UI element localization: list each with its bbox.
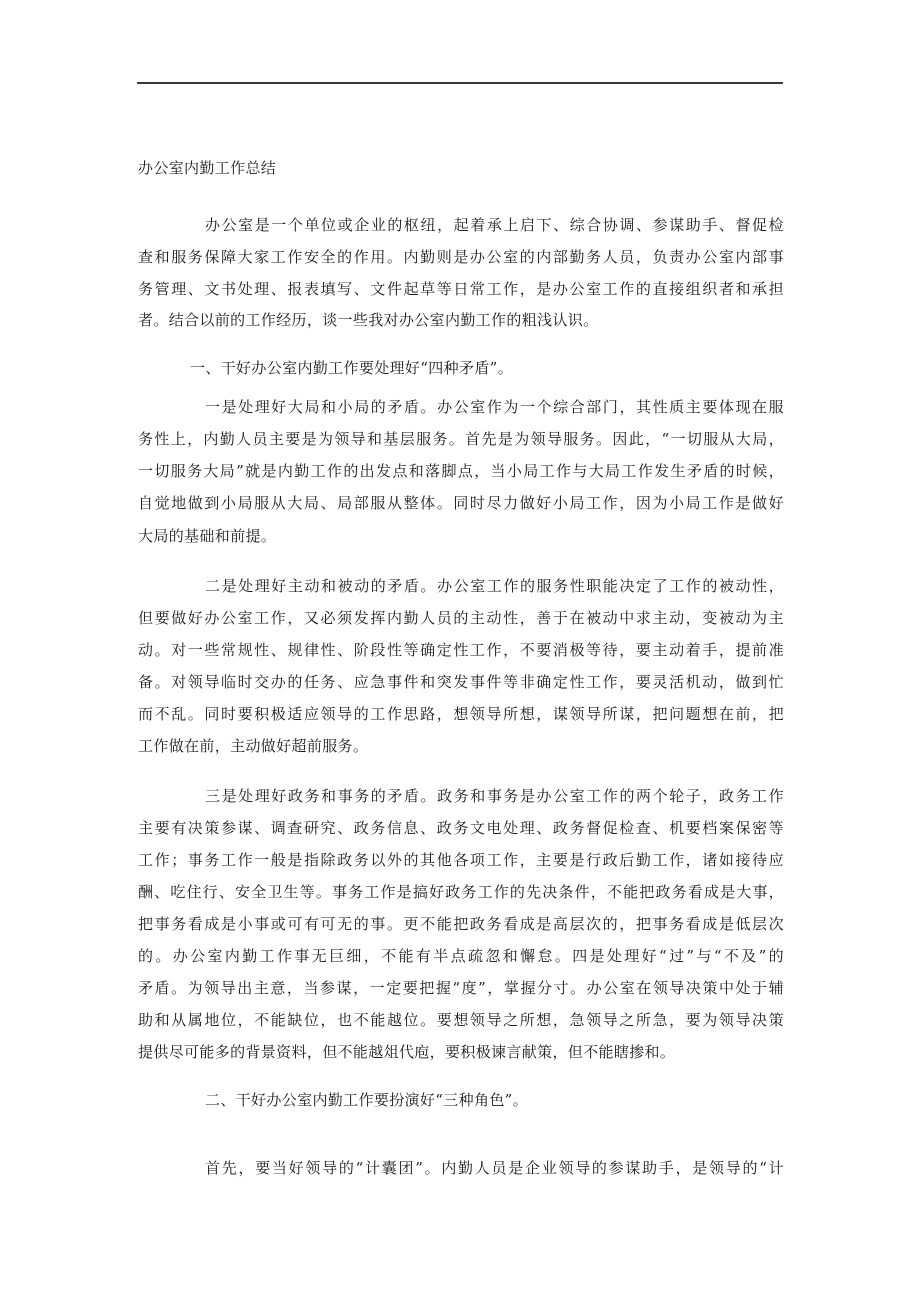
- paragraph-line: 自觉地做到小局服从大局、局部服从整体。同时尽力做好小局工作，因为小局工作是做好: [138, 493, 784, 513]
- paragraph-line: 备。对领导临时交办的任务、应急事件和突发事件等非确定性工作，要灵活机动，做到忙: [138, 672, 784, 692]
- section-heading-1: 一、干好办公室内勤工作要处理好“四种矛盾”。: [190, 358, 784, 378]
- paragraph-line: 三是处理好政务和事务的矛盾。政务和事务是办公室工作的两个轮子，政务工作: [205, 786, 784, 806]
- paragraph-line: 而不乱。同时要积极适应领导的工作思路，想领导所想，谋领导所谋，把问题想在前，把: [138, 704, 784, 724]
- paragraph-line: 矛盾。为领导出主意，当参谋，一定要把握“度”，掌握分寸。办公室在领导决策中处于辅: [138, 978, 784, 998]
- paragraph-line: 查和服务保障大家工作安全的作用。内勤则是办公室的内部勤务人员，负责办公室内部事: [138, 247, 784, 267]
- paragraph-line: 办公室是一个单位或企业的枢纽，起着承上启下、综合协调、参谋助手、督促检: [205, 215, 784, 235]
- section-heading-2: 二、干好办公室内勤工作要扮演好“三种角色”。: [205, 1090, 784, 1110]
- paragraph-line: 动。对一些常规性、规律性、阶段性等确定性工作，不要消极等待，要主动着手，提前准: [138, 640, 784, 660]
- paragraph-line: 二是处理好主动和被动的矛盾。办公室工作的服务性职能决定了工作的被动性，: [205, 576, 784, 596]
- paragraph-line: 把事务看成是小事或可有可无的事。更不能把政务看成是高层次的，把事务看成是低层次: [138, 914, 784, 934]
- paragraph-line: 主要有决策参谋、调查研究、政务信息、政务文电处理、政务督促检查、机要档案保密等: [138, 818, 784, 838]
- paragraph-line: 助和从属地位，不能缺位，也不能越位。要想领导之所想，急领导之所急，要为领导决策: [138, 1010, 784, 1030]
- paragraph-line: 但要做好办公室工作，又必须发挥内勤人员的主动性，善于在被动中求主动，变被动为主: [138, 608, 784, 628]
- paragraph-line: 提供尽可能多的背景资料，但不能越俎代庖，要积极谏言献策，但不能瞎掺和。: [138, 1042, 784, 1062]
- paragraph-line: 工作做在前，主动做好超前服务。: [138, 736, 784, 756]
- paragraph-line: 工作；事务工作一般是指除政务以外的其他各项工作，主要是行政后勤工作，诸如接待应: [138, 850, 784, 870]
- paragraph-line: 的。办公室内勤工作事无巨细，不能有半点疏忽和懈怠。四是处理好“过”与“不及”的: [138, 946, 784, 966]
- paragraph-line: 者。结合以前的工作经历，谈一些我对办公室内勤工作的粗浅认识。: [138, 310, 784, 330]
- paragraph-line: 首先，要当好领导的“计囊团”。内勤人员是企业领导的参谋助手，是领导的“计: [205, 1158, 784, 1178]
- paragraph-line: 一是处理好大局和小局的矛盾。办公室作为一个综合部门，其性质主要体现在服: [205, 397, 784, 417]
- header-rule: [137, 82, 783, 84]
- paragraph-line: 酬、吃住行、安全卫生等。事务工作是搞好政务工作的先决条件，不能把政务看成是大事，: [138, 882, 784, 902]
- document-title: 办公室内勤工作总结: [138, 158, 784, 178]
- paragraph-line: 一切服务大局”就是内勤工作的出发点和落脚点，当小局工作与大局工作发生矛盾的时候，: [138, 461, 784, 481]
- paragraph-line: 大局的基础和前提。: [138, 526, 784, 546]
- paragraph-line: 务管理、文书处理、报表填写、文件起草等日常工作，是办公室工作的直接组织者和承担: [138, 279, 784, 299]
- paragraph-line: 务性上，内勤人员主要是为领导和基层服务。首先是为领导服务。因此，“一切服从大局，: [138, 429, 784, 449]
